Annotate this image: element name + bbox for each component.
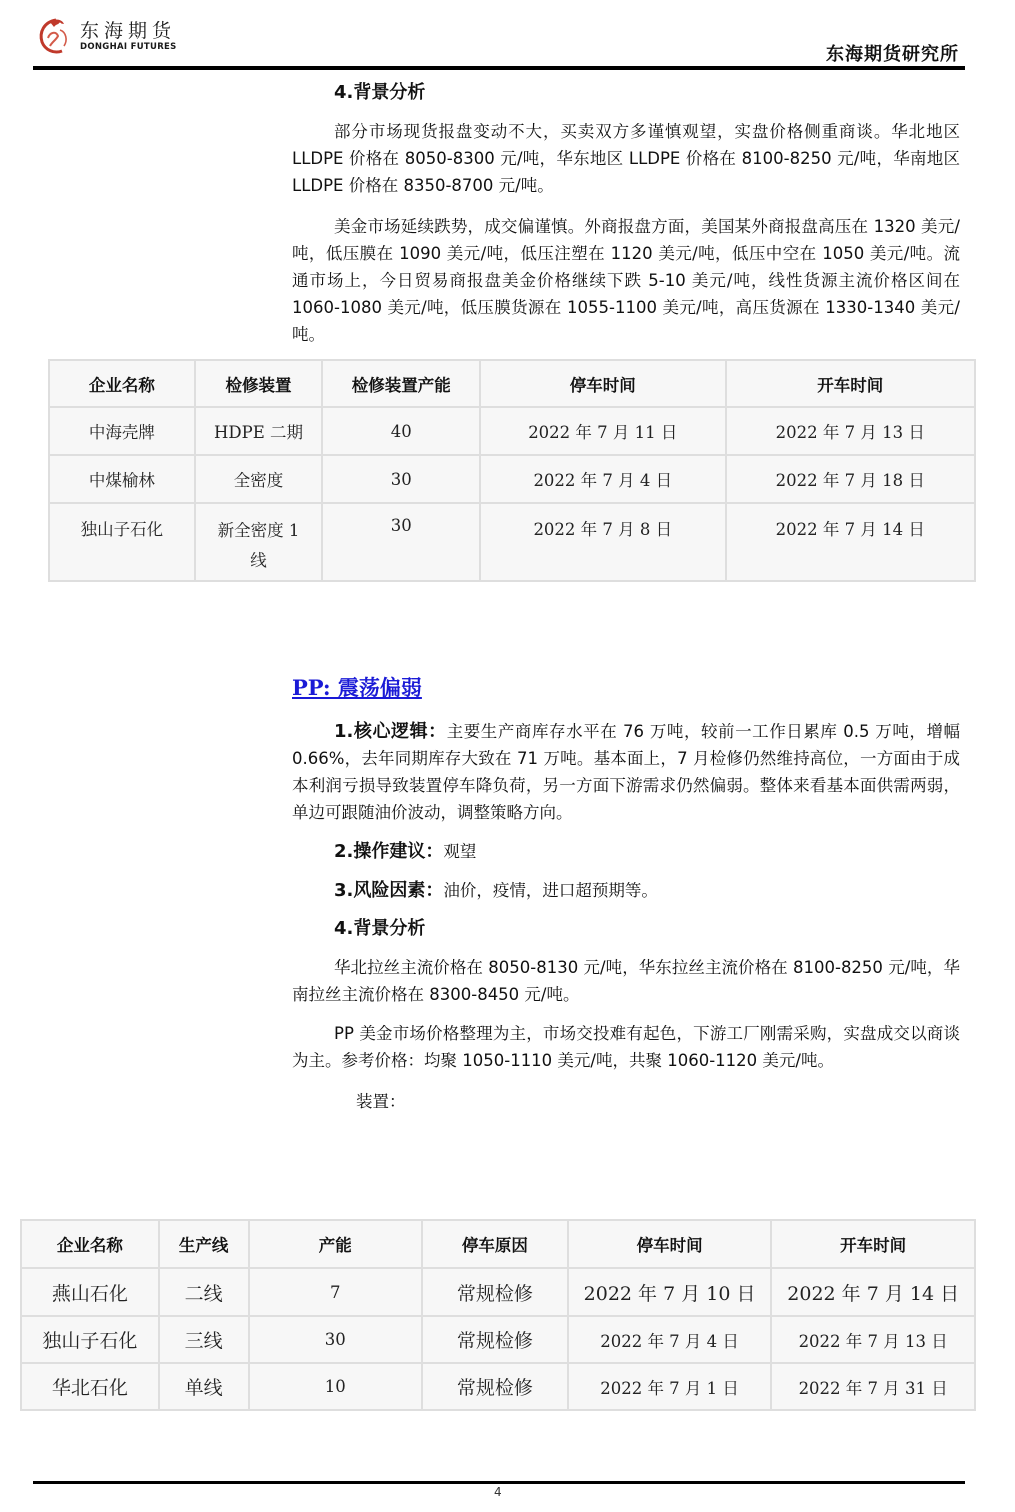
pp-core-logic: 1.核心逻辑：主要生产商库存水平在 76 万吨，较前一工作日累库 0.5 万吨，… [292, 718, 960, 826]
table-cell: 常规检修 [422, 1268, 568, 1316]
table-cell: 2022 年 7 月 1 日 [568, 1363, 772, 1410]
device-label: 装置： [292, 1088, 960, 1115]
table-cell: 燕山石化 [21, 1268, 159, 1316]
pe-background-paragraph-2: 美金市场延续跌势，成交偏谨慎。外商报盘方面，美国某外商报盘高压在 1320 美元… [292, 213, 960, 348]
column-header: 产能 [249, 1220, 423, 1268]
table-row: 燕山石化 二线 7 常规检修 2022 年 7 月 10 日 2022 年 7 … [21, 1268, 975, 1316]
table-row: 华北石化 单线 10 常规检修 2022 年 7 月 1 日 2022 年 7 … [21, 1363, 975, 1410]
table-cell: 2022 年 7 月 4 日 [568, 1316, 772, 1363]
table-cell: 2022 年 7 月 10 日 [568, 1268, 772, 1316]
table-cell: 2022 年 7 月 13 日 [726, 407, 975, 455]
table-cell: 常规检修 [422, 1363, 568, 1410]
advice-text: 观望 [443, 842, 476, 861]
table-row: 独山子石化 三线 30 常规检修 2022 年 7 月 4 日 2022 年 7… [21, 1316, 975, 1363]
pp-risk-factors: 3.风险因素：油价，疫情，进口超预期等。 [292, 877, 960, 904]
pe-background-paragraph-1: 部分市场现货报盘变动不大，买卖双方多谨慎观望，实盘价格侧重商谈。华北地区 LLD… [292, 118, 960, 199]
column-header: 企业名称 [49, 360, 195, 407]
pp-analysis-section: 1.核心逻辑：主要生产商库存水平在 76 万吨，较前一工作日累库 0.5 万吨，… [292, 718, 960, 1115]
table-cell: 独山子石化 [21, 1316, 159, 1363]
table-cell: 单线 [159, 1363, 249, 1410]
table-cell: 三线 [159, 1316, 249, 1363]
footer-divider [33, 1481, 965, 1484]
logo-english-name: DONGHAI FUTURES [80, 42, 177, 52]
logo-chinese-name: 东海期货 [80, 20, 177, 42]
table-cell: 2022 年 7 月 18 日 [726, 455, 975, 503]
advice-label: 2.操作建议： [334, 841, 443, 862]
table-cell: 2022 年 7 月 14 日 [771, 1268, 975, 1316]
risk-label: 3.风险因素： [334, 880, 443, 901]
column-header: 开车时间 [726, 360, 975, 407]
table-header-row: 企业名称 检修装置 检修装置产能 停车时间 开车时间 [49, 360, 975, 407]
column-header: 检修装置产能 [322, 360, 480, 407]
pp-section-title[interactable]: PP: 震荡偏弱 [292, 672, 422, 702]
pp-background-paragraph-1: 华北拉丝主流价格在 8050-8130 元/吨，华东拉丝主流价格在 8100-8… [292, 954, 960, 1008]
column-header: 开车时间 [771, 1220, 975, 1268]
table-cell: 2022 年 7 月 4 日 [480, 455, 725, 503]
page-number: 4 [494, 1485, 502, 1499]
column-header: 生产线 [159, 1220, 249, 1268]
pp-maintenance-table: 企业名称 生产线 产能 停车原因 停车时间 开车时间 燕山石化 二线 7 常规检… [20, 1219, 976, 1411]
table-cell: 2022 年 7 月 13 日 [771, 1316, 975, 1363]
table-cell: 30 [322, 455, 480, 503]
column-header: 停车时间 [480, 360, 725, 407]
pp-background-paragraph-2: PP 美金市场价格整理为主，市场交投难有起色，下游工厂刚需采购，实盘成交以商谈为… [292, 1020, 960, 1074]
page-header: 东海期货 DONGHAI FUTURES 东海期货研究所 [0, 0, 1015, 72]
table-cell: 30 [322, 503, 480, 581]
table-cell: 30 [249, 1316, 423, 1363]
table-cell: 二线 [159, 1268, 249, 1316]
table-cell: 10 [249, 1363, 423, 1410]
table-cell: 2022 年 7 月 14 日 [726, 503, 975, 581]
pp-operation-advice: 2.操作建议：观望 [292, 838, 960, 865]
table-cell: 7 [249, 1268, 423, 1316]
table-header-row: 企业名称 生产线 产能 停车原因 停车时间 开车时间 [21, 1220, 975, 1268]
table-cell: 华北石化 [21, 1363, 159, 1410]
header-divider [33, 66, 965, 70]
column-header: 企业名称 [21, 1220, 159, 1268]
table-cell: 新全密度 1 线 [195, 503, 323, 581]
table-cell: 2022 年 7 月 8 日 [480, 503, 725, 581]
pp-background-heading: 4.背景分析 [292, 916, 960, 942]
table-cell: 2022 年 7 月 31 日 [771, 1363, 975, 1410]
table-cell: 中煤榆林 [49, 455, 195, 503]
dragon-logo-icon [36, 16, 76, 56]
pe-background-section: 4.背景分析 部分市场现货报盘变动不大，买卖双方多谨慎观望，实盘价格侧重商谈。华… [292, 80, 960, 348]
column-header: 检修装置 [195, 360, 323, 407]
table-cell: 全密度 [195, 455, 323, 503]
table-cell: 40 [322, 407, 480, 455]
table-cell: HDPE 二期 [195, 407, 323, 455]
column-header: 停车时间 [568, 1220, 772, 1268]
table-row: 独山子石化 新全密度 1 线 30 2022 年 7 月 8 日 2022 年 … [49, 503, 975, 581]
table-row: 中煤榆林 全密度 30 2022 年 7 月 4 日 2022 年 7 月 18… [49, 455, 975, 503]
table-cell: 常规检修 [422, 1316, 568, 1363]
table-cell: 中海壳牌 [49, 407, 195, 455]
company-logo: 东海期货 DONGHAI FUTURES [36, 16, 177, 56]
pe-maintenance-table: 企业名称 检修装置 检修装置产能 停车时间 开车时间 中海壳牌 HDPE 二期 … [48, 359, 976, 582]
table-cell: 独山子石化 [49, 503, 195, 581]
risk-text: 油价，疫情，进口超预期等。 [443, 881, 658, 900]
core-logic-label: 1.核心逻辑： [334, 721, 447, 742]
institute-name: 东海期货研究所 [826, 40, 959, 66]
pe-background-heading: 4.背景分析 [292, 80, 960, 106]
table-row: 中海壳牌 HDPE 二期 40 2022 年 7 月 11 日 2022 年 7… [49, 407, 975, 455]
column-header: 停车原因 [422, 1220, 568, 1268]
table-cell: 2022 年 7 月 11 日 [480, 407, 725, 455]
